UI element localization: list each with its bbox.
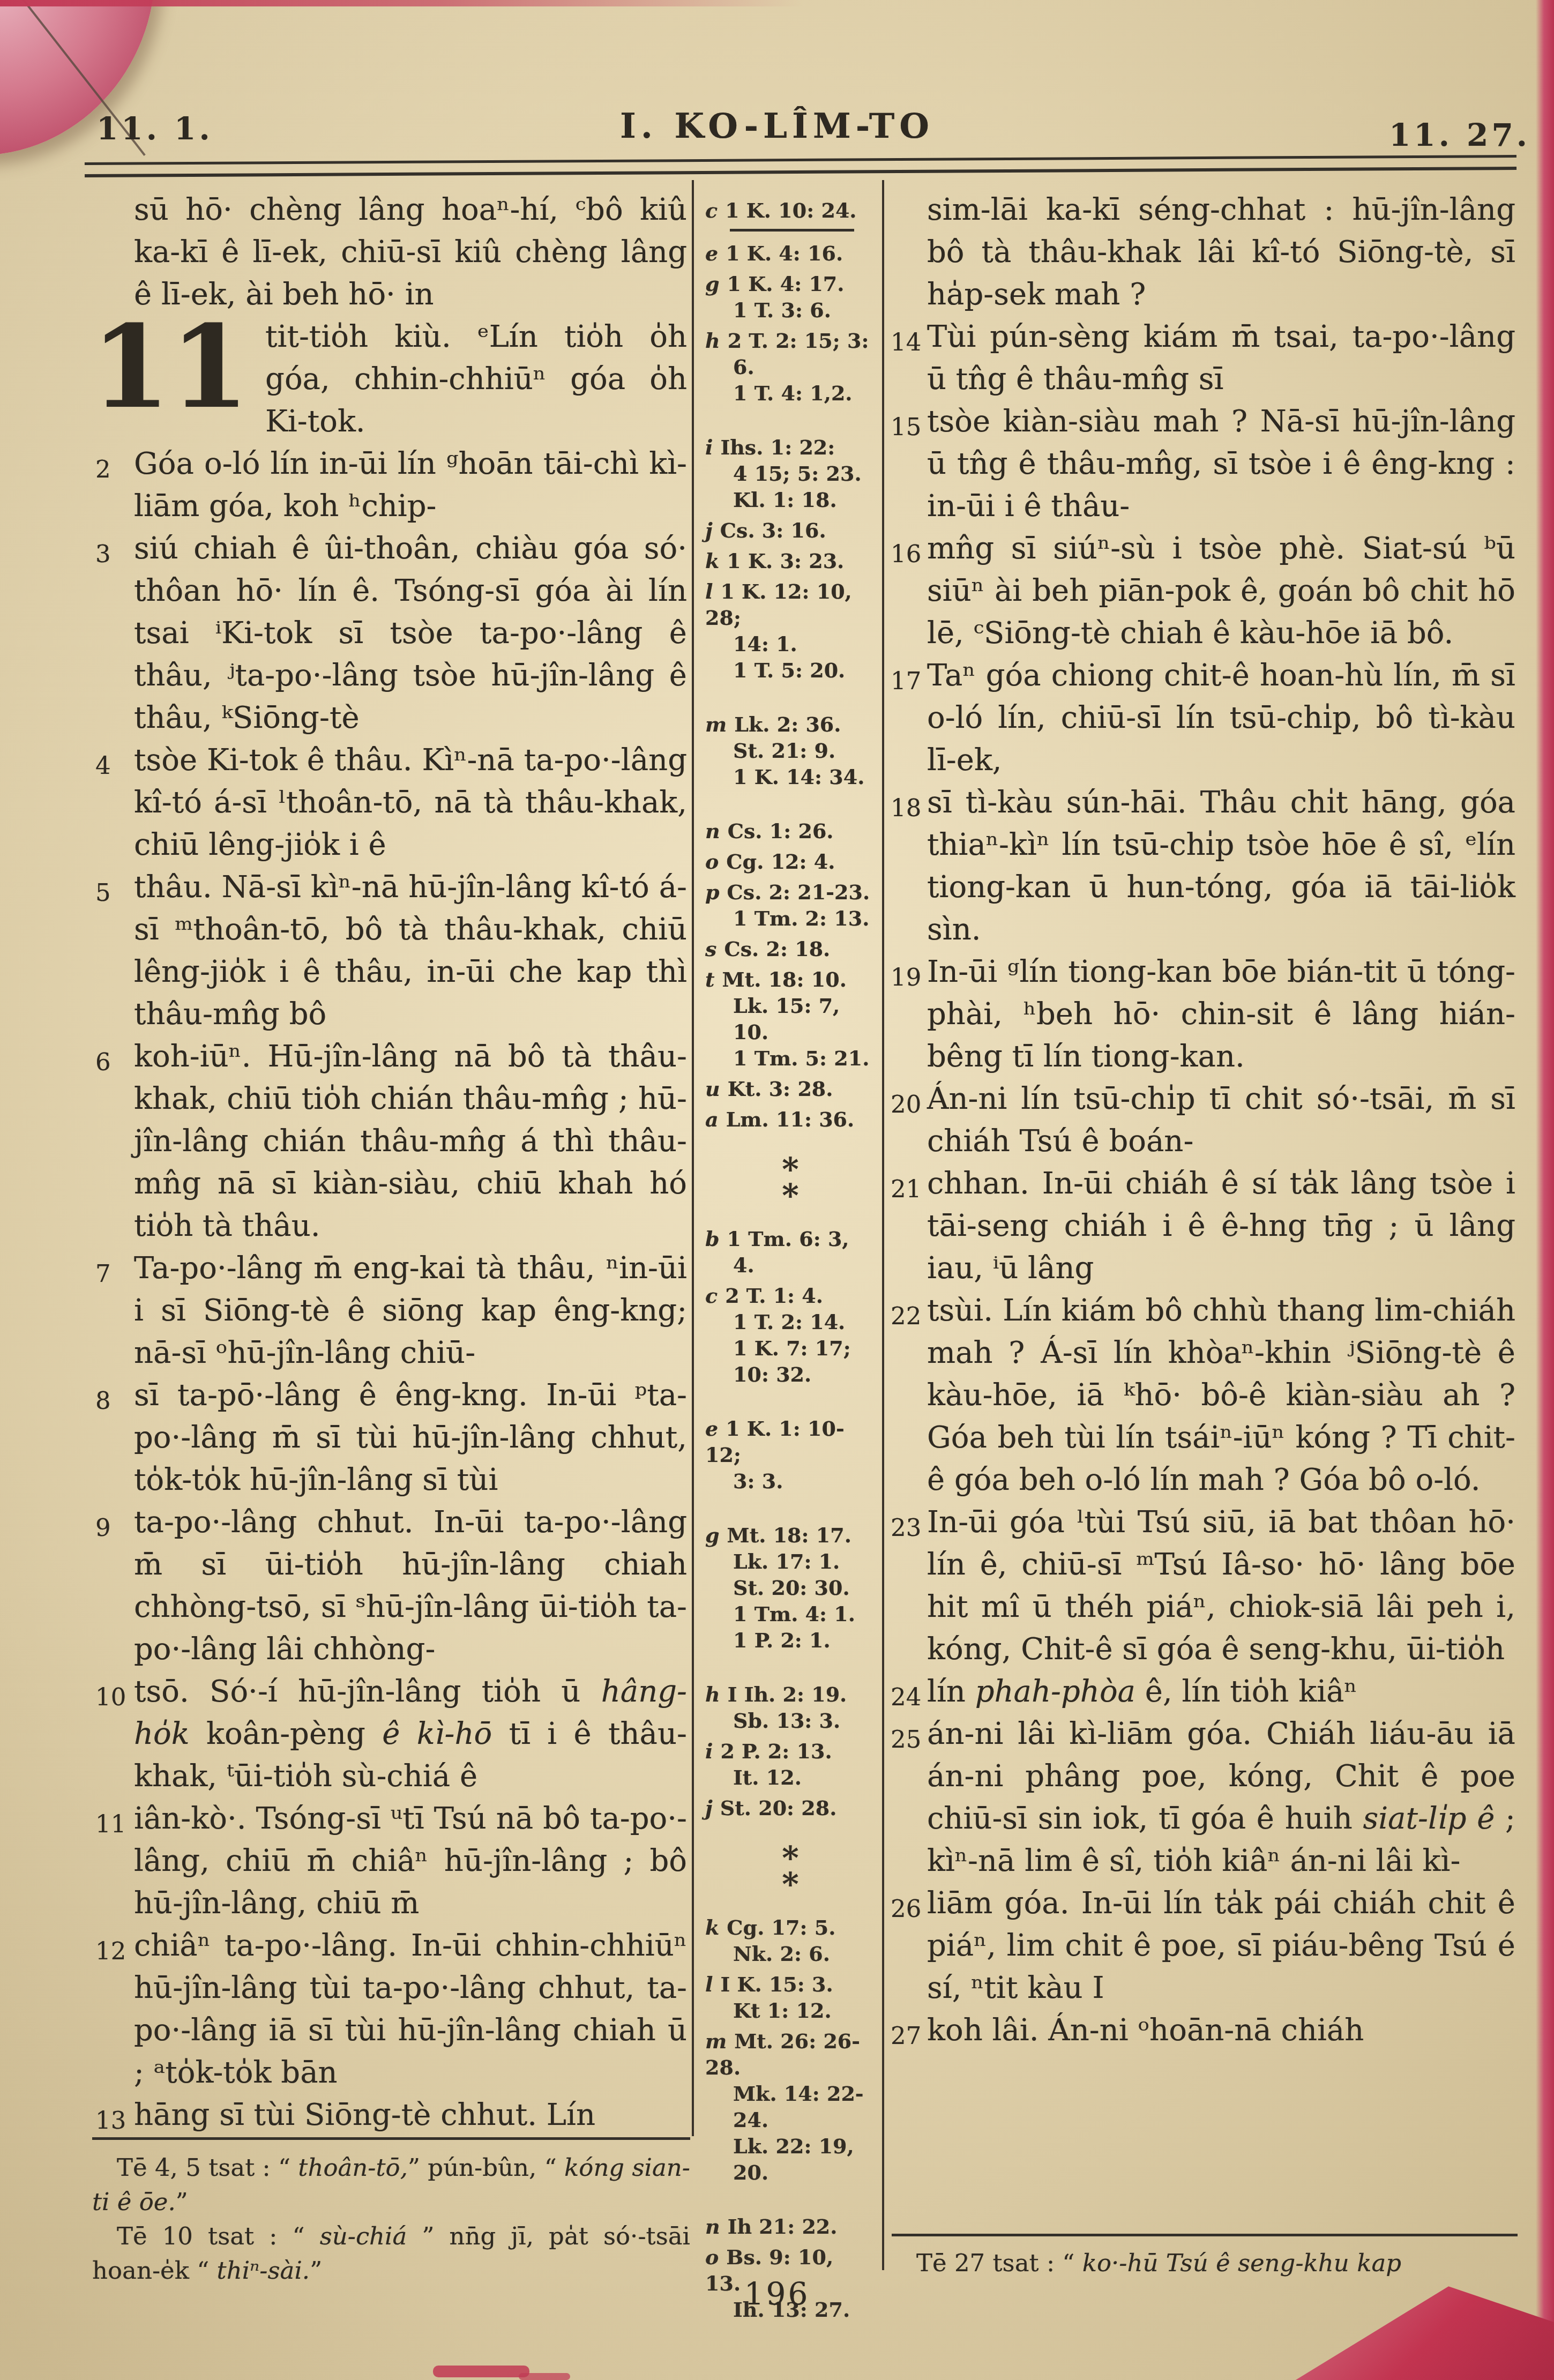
header-double-rule bbox=[85, 155, 1516, 177]
footnote: Tē 4, 5 tsat : “ thoân-tō,” pún-bûn, “ k… bbox=[92, 2151, 690, 2219]
reference-line: nIh 21: 22. bbox=[705, 2213, 876, 2240]
footnote-text: Tē 27 tsat : “ bbox=[916, 2249, 1082, 2277]
reference-continuation-line: Kl. 1: 18. bbox=[733, 487, 876, 513]
reference-line: jCs. 3: 16. bbox=[705, 517, 876, 543]
footnote-text: Tē 4, 5 tsat : “ bbox=[117, 2153, 298, 2182]
section-stars-separator: * * bbox=[705, 1157, 876, 1210]
verse-paragraph: 21chhan. In-ūi chiáh ê sí ta̍k lâng tsòe… bbox=[927, 1162, 1515, 1289]
reference-letter: a bbox=[705, 1107, 719, 1131]
reference-continuation-line: 1 T. 3: 6. bbox=[733, 297, 876, 323]
reference-continuation-line: 1 T. 2: 14. bbox=[733, 1309, 876, 1335]
italic-text: ê kì-hō bbox=[382, 1717, 492, 1751]
verse-number: 19 bbox=[891, 956, 921, 998]
verse-number: 17 bbox=[891, 660, 921, 702]
reference-continuation-line: Nk. 2: 6. bbox=[733, 1941, 876, 1967]
reference-letter: l bbox=[705, 579, 713, 603]
reference-line: pCs. 2: 21-23. bbox=[705, 879, 876, 905]
reference-letter: n bbox=[705, 2214, 720, 2239]
reference-continuation-line: 1 K. 14: 34. bbox=[733, 764, 876, 790]
reference-letter: b bbox=[705, 1227, 720, 1251]
verse-number: 4 bbox=[95, 744, 111, 787]
footnote-text: ” pún-bûn, “ bbox=[408, 2153, 564, 2182]
cross-reference-entry: e1 K. 1: 10-12;3: 3. bbox=[705, 1415, 876, 1494]
reference-letter: j bbox=[705, 518, 713, 542]
reference-continuation-line: St. 21: 9. bbox=[733, 737, 876, 764]
verse-number: 21 bbox=[891, 1168, 921, 1210]
reference-letter: k bbox=[705, 1915, 719, 1939]
reference-continuation-line: 1 T. 5: 20. bbox=[733, 657, 876, 683]
reference-line: h2 T. 2: 15; 3: bbox=[705, 327, 876, 354]
verse-number: 24 bbox=[891, 1676, 921, 1718]
page-number: 196 bbox=[0, 2275, 1554, 2312]
footnote-text: ” bbox=[176, 2188, 188, 2216]
reference-line: b1 Tm. 6: 3, bbox=[705, 1226, 876, 1252]
reference-continuation-line: 6. bbox=[733, 354, 876, 380]
cross-reference-entry: e1 K. 4: 16. bbox=[705, 240, 876, 266]
cross-reference-entry: jCs. 3: 16. bbox=[705, 517, 876, 543]
reference-line: l1 K. 12: 10, 28; bbox=[705, 578, 876, 631]
cross-reference-entry: mLk. 2: 36.St. 21: 9.1 K. 14: 34. bbox=[705, 711, 876, 790]
reference-line: mMt. 26: 26-28. bbox=[705, 2028, 876, 2080]
reference-continuation-line: 1 T. 4: 1,2. bbox=[733, 380, 876, 406]
left-text-column: sū hō· chèng lâng hoaⁿ-hí, ᶜbô kiû ka-kī… bbox=[134, 189, 687, 2136]
reference-letter: l bbox=[705, 1972, 713, 1996]
book-title: I. KO-LÎM-TO bbox=[0, 106, 1554, 146]
verse-number: 26 bbox=[891, 1887, 921, 1930]
verse-paragraph: 18sī tì-kàu sún-hāi. Thâu chi̍t hāng, gó… bbox=[927, 781, 1515, 951]
cross-reference-entry: nCs. 1: 26. bbox=[705, 818, 876, 844]
section-stars-separator: * * bbox=[705, 1846, 876, 1898]
reference-line: aLm. 11: 36. bbox=[705, 1106, 876, 1132]
italic-text: phah-phòa bbox=[975, 1674, 1135, 1709]
reference-continuation-line: Lk. 22: 19, 20. bbox=[733, 2133, 876, 2185]
verse-paragraph: 5thâu. Nā-sī kìⁿ-nā hū-jîn-lâng kî-tó á-… bbox=[134, 866, 687, 1035]
verse-number: 8 bbox=[95, 1379, 111, 1422]
reference-letter: m bbox=[705, 2029, 727, 2053]
verse-number: 18 bbox=[891, 787, 921, 829]
cross-reference-entry: oCg. 12: 4. bbox=[705, 848, 876, 875]
chapter-number: 11 bbox=[91, 322, 249, 412]
verse-number: 9 bbox=[95, 1506, 111, 1549]
cross-reference-entry: kCg. 17: 5.Nk. 2: 6. bbox=[705, 1914, 876, 1967]
reference-letter: h bbox=[705, 329, 720, 353]
cross-reference-entry: gMt. 18: 17.Lk. 17: 1.St. 20: 30.1 Tm. 4… bbox=[705, 1522, 876, 1653]
verse-number: 2 bbox=[95, 448, 111, 490]
reference-letter: e bbox=[705, 241, 718, 265]
reference-letter: k bbox=[705, 549, 719, 573]
cross-reference-entry: iIhs. 1: 22:4 15; 5: 23.Kl. 1: 18. bbox=[705, 434, 876, 513]
cross-reference-entry: pCs. 2: 21-23.1 Tm. 2: 13. bbox=[705, 879, 876, 931]
verse-paragraph: 11iân-kò·. Tsóng-sī ᵘtī Tsú nā bô ta-po·… bbox=[134, 1797, 687, 1924]
reference-letter: g bbox=[705, 1523, 720, 1547]
reference-letter: i bbox=[705, 1739, 713, 1763]
reference-continuation-line: St. 20: 30. bbox=[733, 1575, 876, 1601]
reference-continuation-line: It. 12. bbox=[733, 1764, 876, 1790]
reference-line: mLk. 2: 36. bbox=[705, 711, 876, 737]
red-page-edge-top bbox=[0, 0, 804, 6]
reference-line: lI K. 15: 3. bbox=[705, 1971, 876, 1997]
cross-reference-entry: h2 T. 2: 15; 3:6.1 T. 4: 1,2. bbox=[705, 327, 876, 406]
book-page: 11. 1. I. KO-LÎM-TO 11. 27. sū hō· chèng… bbox=[0, 0, 1554, 2380]
verse-paragraph: 14Tùi pún-sèng kiám m̄ tsai, ta-po·-lâng… bbox=[927, 316, 1515, 400]
red-streak-bottom-left bbox=[433, 2366, 529, 2377]
verse-number: 6 bbox=[95, 1041, 111, 1083]
reference-continuation-line: 10: 32. bbox=[733, 1361, 876, 1387]
verse-number: 12 bbox=[95, 1930, 126, 1972]
red-streak-bottom-left-small bbox=[519, 2373, 570, 2380]
cross-reference-entry: g1 K. 4: 17.1 T. 3: 6. bbox=[705, 271, 876, 323]
verse-number: 14 bbox=[891, 321, 921, 363]
footnote-text: Tē 10 tsat : “ bbox=[117, 2222, 320, 2250]
verse-paragraph: 20Án-ni lín tsū-chi̍p tī chit só·-tsāi, … bbox=[927, 1078, 1515, 1162]
reference-line: uKt. 3: 28. bbox=[705, 1076, 876, 1102]
verse-paragraph: 24lín phah-phòa ê, lín tio̍h kiâⁿ bbox=[927, 1670, 1515, 1713]
footnote-italic-text: sù-chiá bbox=[320, 2222, 407, 2250]
red-page-edge-right bbox=[1536, 0, 1554, 2380]
reference-letter: e bbox=[705, 1416, 718, 1441]
reference-line: iIhs. 1: 22: bbox=[705, 434, 876, 460]
verse-paragraph: 7Ta-po·-lâng m̄ eng-kai tà thâu, ⁿin-ūi … bbox=[134, 1247, 687, 1374]
reference-line: tMt. 18: 10. bbox=[705, 966, 876, 993]
italic-text: siat-li̍p ê bbox=[1363, 1801, 1495, 1836]
cross-reference-entry: b1 Tm. 6: 3,4. bbox=[705, 1226, 876, 1278]
reference-line: k1 K. 3: 23. bbox=[705, 548, 876, 574]
verse-number: 20 bbox=[891, 1083, 921, 1125]
verse-number: 3 bbox=[95, 533, 111, 575]
reference-continuation-line: 1 Tm. 4: 1. bbox=[733, 1601, 876, 1627]
reference-continuation-line: 1 P. 2: 1. bbox=[733, 1627, 876, 1653]
verse-text: tsō. Só·-í hū-jîn-lâng tio̍h ū bbox=[134, 1674, 601, 1709]
verse-paragraph: 25án-ni lâi kì-liām góa. Chiáh liáu-āu i… bbox=[927, 1713, 1515, 1882]
verse-text: ê, lín tio̍h kiâⁿ bbox=[1135, 1674, 1357, 1709]
footnotes-left: Tē 4, 5 tsat : “ thoân-tō,” pún-bûn, “ k… bbox=[92, 2137, 690, 2288]
verse-text: koân-pèng bbox=[190, 1717, 383, 1751]
reference-continuation-line: 4. bbox=[733, 1252, 876, 1278]
cross-reference-entry: c1 K. 10: 24. bbox=[705, 197, 876, 223]
reference-continuation-line: Lk. 15: 7, 10. bbox=[733, 993, 876, 1045]
reference-continuation-line: Lk. 17: 1. bbox=[733, 1548, 876, 1575]
verse-paragraph: 4tsòe Ki-tok ê thâu. Kìⁿ-nā ta-po·-lâng … bbox=[134, 739, 687, 866]
reference-line: jSt. 20: 28. bbox=[705, 1795, 876, 1821]
reference-letter: h bbox=[705, 1682, 720, 1706]
verse-number: 10 bbox=[95, 1676, 126, 1718]
footnote-right: Tē 27 tsat : “ ko·-hū Tsú ê seng-khu kap bbox=[892, 2234, 1518, 2280]
right-text-column: sim-lāi ka-kī séng-chhat : hū-jîn-lâng b… bbox=[927, 189, 1515, 2051]
reference-line: nCs. 1: 26. bbox=[705, 818, 876, 844]
reference-line: e1 K. 1: 10-12; bbox=[705, 1415, 876, 1468]
reference-letter: u bbox=[705, 1077, 720, 1101]
cross-reference-entry: l1 K. 12: 10, 28;14: 1.1 T. 5: 20. bbox=[705, 578, 876, 683]
verse-number: 7 bbox=[95, 1252, 111, 1295]
verse-paragraph: 27koh lâi. Án-ni ᵒhoān-nā chiáh bbox=[927, 2009, 1515, 2051]
verse-paragraph: 19In-ūi ᵍlín tiong-kan bōe bián-tit ū tó… bbox=[927, 951, 1515, 1078]
verse-paragraph: 23In-ūi góa ˡtùi Tsú siū, iā bat thôan h… bbox=[927, 1501, 1515, 1670]
reference-line: kCg. 17: 5. bbox=[705, 1914, 876, 1941]
reference-letter: j bbox=[705, 1796, 713, 1820]
cross-reference-column: c1 K. 10: 24.e1 K. 4: 16.g1 K. 4: 17.1 T… bbox=[705, 197, 876, 2327]
reference-line: e1 K. 4: 16. bbox=[705, 240, 876, 266]
reference-letter: t bbox=[705, 967, 715, 991]
reference-continuation-line: 14: 1. bbox=[733, 631, 876, 657]
reference-letter: m bbox=[705, 712, 727, 736]
footnote-italic-text: thoân-tō, bbox=[298, 2153, 408, 2182]
verse-paragraph: 11tit-tio̍h kiù. ᵉLín tio̍h o̍h góa, chh… bbox=[134, 316, 687, 443]
cross-reference-entry: lI K. 15: 3.Kt 1: 12. bbox=[705, 1971, 876, 2024]
cross-reference-entry: sCs. 2: 18. bbox=[705, 936, 876, 962]
verse-number: 23 bbox=[891, 1506, 921, 1549]
reference-line: c2 T. 1: 4. bbox=[705, 1282, 876, 1309]
reference-letter: c bbox=[705, 1284, 718, 1308]
reference-line: c1 K. 10: 24. bbox=[705, 197, 876, 223]
reference-continuation-line: 1 K. 7: 17; bbox=[733, 1335, 876, 1361]
reference-continuation-line: Sb. 13: 3. bbox=[733, 1707, 876, 1734]
reference-letter: i bbox=[705, 435, 713, 459]
column-rule-right bbox=[882, 180, 884, 2270]
cross-reference-entry: nIh 21: 22. bbox=[705, 2213, 876, 2240]
verse-paragraph: sū hō· chèng lâng hoaⁿ-hí, ᶜbô kiû ka-kī… bbox=[134, 189, 687, 316]
verse-paragraph: 22tsùi. Lín kiám bô chhù thang lim-chiáh… bbox=[927, 1289, 1515, 1501]
verse-number: 22 bbox=[891, 1295, 921, 1337]
reference-line: g1 K. 4: 17. bbox=[705, 271, 876, 297]
reference-line: i2 P. 2: 13. bbox=[705, 1738, 876, 1764]
column-rule-left bbox=[692, 180, 694, 2136]
verse-number: 11 bbox=[95, 1803, 126, 1845]
verse-paragraph: 10tsō. Só·-í hū-jîn-lâng tio̍h ū hâng-ho… bbox=[134, 1670, 687, 1797]
reference-continuation-line: 1 Tm. 5: 21. bbox=[733, 1045, 876, 1071]
verse-paragraph: 8sī ta-pō·-lâng ê êng-kng. In-ūi ᵖta-po·… bbox=[134, 1374, 687, 1501]
verse-number: 15 bbox=[891, 406, 921, 448]
verse-paragraph: sim-lāi ka-kī séng-chhat : hū-jîn-lâng b… bbox=[927, 189, 1515, 316]
cross-reference-entry: mMt. 26: 26-28.Mk. 14: 22-24.Lk. 22: 19,… bbox=[705, 2028, 876, 2185]
verse-text: lín bbox=[927, 1674, 975, 1709]
verse-number: 13 bbox=[95, 2099, 126, 2142]
verse-paragraph: 17Taⁿ góa chiong chit-ê hoan-hù lín, m̄ … bbox=[927, 654, 1515, 781]
footnote-italic-text: ko·-hū Tsú ê seng-khu kap bbox=[1082, 2249, 1401, 2277]
reference-line: oCg. 12: 4. bbox=[705, 848, 876, 875]
cross-reference-entry: c2 T. 1: 4.1 T. 2: 14.1 K. 7: 17;10: 32. bbox=[705, 1282, 876, 1387]
cross-reference-entry: k1 K. 3: 23. bbox=[705, 548, 876, 574]
header-chapter-verse-right: 11. 27. bbox=[1389, 117, 1530, 153]
reference-continuation-line: Mk. 14: 22-24. bbox=[733, 2080, 876, 2133]
reference-letter: p bbox=[705, 880, 720, 904]
cross-reference-entry: aLm. 11: 36. bbox=[705, 1106, 876, 1132]
reference-continuation-line: 4 15; 5: 23. bbox=[733, 460, 876, 487]
verse-paragraph: 2Góa o-ló lín in-ūi lín ᵍhoān tāi-chì kì… bbox=[134, 443, 687, 527]
cross-reference-entry: tMt. 18: 10.Lk. 15: 7, 10.1 Tm. 5: 21. bbox=[705, 966, 876, 1071]
verse-paragraph: 12chiâⁿ ta-po·-lâng. In-ūi chhin-chhiūⁿ … bbox=[134, 1924, 687, 2094]
reference-letter: g bbox=[705, 272, 720, 296]
reference-letter: o bbox=[705, 849, 719, 874]
verse-number: 16 bbox=[891, 533, 921, 575]
reference-letter: o bbox=[705, 2245, 719, 2269]
verse-paragraph: 13hāng sī tùi Siōng-tè chhut. Lín bbox=[134, 2094, 687, 2136]
reference-letter: n bbox=[705, 819, 720, 843]
cross-reference-entry: jSt. 20: 28. bbox=[705, 1795, 876, 1821]
reference-line: gMt. 18: 17. bbox=[705, 1522, 876, 1548]
reference-continuation-line: 1 Tm. 2: 13. bbox=[733, 905, 876, 931]
reference-divider-rule bbox=[730, 229, 854, 232]
verse-number: 27 bbox=[891, 2015, 921, 2057]
verse-paragraph: 6koh-iūⁿ. Hū-jîn-lâng nā bô tà thâu-khak… bbox=[134, 1035, 687, 1247]
cross-reference-entry: hI Ih. 2: 19.Sb. 13: 3. bbox=[705, 1681, 876, 1734]
verse-number: 5 bbox=[95, 871, 111, 914]
reference-continuation-line: 3: 3. bbox=[733, 1468, 876, 1494]
verse-paragraph: 9ta-po·-lâng chhut. In-ūi ta-po·-lâng m̄… bbox=[134, 1501, 687, 1670]
reference-letter: c bbox=[705, 198, 718, 222]
verse-paragraph: 3siú chiah ê ûi-thoân, chiàu góa só· thô… bbox=[134, 527, 687, 739]
cross-reference-entry: i2 P. 2: 13.It. 12. bbox=[705, 1738, 876, 1790]
reference-line: hI Ih. 2: 19. bbox=[705, 1681, 876, 1707]
cross-reference-entry: uKt. 3: 28. bbox=[705, 1076, 876, 1102]
verse-number: 25 bbox=[891, 1718, 921, 1760]
reference-continuation-line: Kt 1: 12. bbox=[733, 1997, 876, 2024]
verse-paragraph: 15tsòe kiàn-siàu mah ? Nā-sī hū-jîn-lâng… bbox=[927, 400, 1515, 527]
reference-line: sCs. 2: 18. bbox=[705, 936, 876, 962]
reference-letter: s bbox=[705, 937, 716, 961]
verse-paragraph: 16mn̂g sī siúⁿ-sù i tsòe phè. Siat-sú ᵇū… bbox=[927, 527, 1515, 654]
verse-paragraph: 26liām góa. In-ūi lín ta̍k pái chiáh chi… bbox=[927, 1882, 1515, 2009]
